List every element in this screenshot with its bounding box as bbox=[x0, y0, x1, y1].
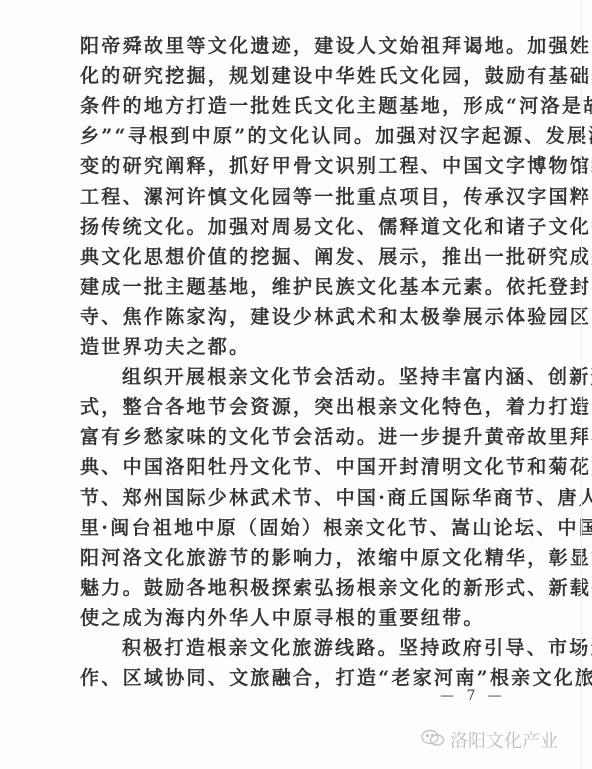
text-line: 变的研究阐释，抓好甲骨文识别工程、中国文字博物馆续建 bbox=[80, 154, 524, 178]
text-line: 乡”“寻根到中原”的文化认同。加强对汉字起源、发展演 bbox=[80, 124, 524, 148]
text-line: 典文化思想价值的挖掘、阐发、展示，推出一批研究成果， bbox=[80, 245, 524, 269]
watermark-text: 洛阳文化产业 bbox=[450, 727, 558, 753]
text-line: 典、中国洛阳牡丹文化节、中国开封清明文化节和菊花文化 bbox=[80, 455, 524, 479]
paragraph-start-line: 积极打造根亲文化旅游线路。坚持政府引导、市场运 bbox=[122, 636, 524, 660]
text-line: 使之成为海内外华人中原寻根的重要纽带。 bbox=[80, 606, 524, 630]
text-line: 造世界功夫之都。 bbox=[80, 335, 524, 359]
text-line: 阳帝舜故里等文化遗迹，建设人文始祖拜谒地。加强姓氏文 bbox=[80, 34, 524, 58]
text-line: 阳河洛文化旅游节的影响力，浓缩中原文化精华，彰显河南 bbox=[80, 546, 524, 570]
page-number: — 7 — bbox=[440, 688, 506, 704]
page-edge bbox=[581, 0, 582, 769]
text-line: 工程、漯河许慎文化园等一批重点项目，传承汉字国粹，弘 bbox=[80, 185, 524, 209]
paragraph-start-line: 组织开展根亲文化节会活动。坚持丰富内涵、创新形 bbox=[122, 365, 524, 389]
text-line: 建成一批主题基地，维护民族文化基本元素。依托登封少林 bbox=[80, 275, 524, 299]
wechat-icon bbox=[420, 728, 446, 753]
watermark: 洛阳文化产业 bbox=[420, 727, 558, 753]
text-line: 扬传统文化。加强对周易文化、儒释道文化和诸子文化等元 bbox=[80, 215, 524, 239]
text-line: 式，整合各地节会资源，突出根亲文化特色，着力打造一批 bbox=[80, 395, 524, 419]
text-line: 魅力。鼓励各地积极探索弘扬根亲文化的新形式、新载体， bbox=[80, 576, 524, 600]
text-line: 条件的地方打造一批姓氏文化主题基地，形成“河洛是故 bbox=[80, 94, 524, 118]
text-line: 化的研究挖掘，规划建设中华姓氏文化园，鼓励有基础、有 bbox=[80, 64, 524, 88]
text-line: 节、郑州国际少林武术节、中国·商丘国际华商节、唐人故 bbox=[80, 486, 524, 510]
text-line: 寺、焦作陈家沟，建设少林武术和太极拳展示体验园区，打 bbox=[80, 305, 524, 329]
text-line: 作、区域协同、文旅融合，打造“老家河南”根亲文化旅游 bbox=[80, 666, 524, 690]
document-page: 阳帝舜故里等文化遗迹，建设人文始祖拜谒地。加强姓氏文 化的研究挖掘，规划建设中华… bbox=[0, 0, 592, 769]
text-line: 里·闽台祖地中原（固始）根亲文化节、嵩山论坛、中国洛 bbox=[80, 516, 524, 540]
text-line: 富有乡愁家味的文化节会活动。进一步提升黄帝故里拜祖大 bbox=[80, 425, 524, 449]
